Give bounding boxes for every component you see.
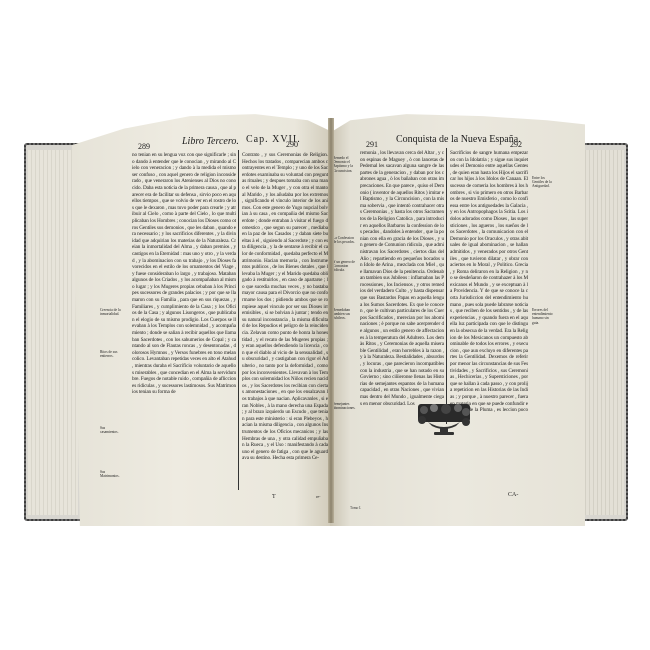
column-rule [238,150,239,490]
left-page-stack [28,150,78,515]
text-column-1: remonia , los llevavan cerca del Altar ,… [360,150,444,428]
running-head-book: Libro Tercero. [182,136,239,147]
margin-note: Sus casamientos. [100,426,124,434]
book-spine-gutter [328,118,334,523]
signature-footer: Tomo I. [350,506,361,510]
margin-note: Remedaban tambien sus Jubileos. [333,308,357,321]
running-head: Conquista de la Nueva España. [396,134,521,145]
margin-note: Ritos de sus entierros. [100,350,124,358]
text-column-2: Sacrificios de sangre humana empezaron c… [450,150,528,412]
signature-mark: T [272,494,276,500]
margin-note: Errores del entendimiento humano sin gui… [532,308,556,325]
right-page: 291 Conquista de la Nueva España. 292 re… [330,112,585,526]
page-number-left: 289 [138,142,150,151]
margin-note: La Confession de los pecados. [333,236,357,244]
page-number-right: 292 [510,140,522,149]
column-rule [446,148,447,424]
page-number-left: 291 [366,140,378,149]
fruit-basket-ornament-icon [416,402,472,440]
margin-note: Remedo el Demonio el Baptismo y la Circu… [333,156,357,173]
margin-note: Y un genero de Comunion ridicula. [333,260,357,273]
catchword: CA- [508,492,518,498]
left-page: 289 Libro Tercero. Cap. XVII. 290 no ten… [72,112,334,526]
margin-note: Sus Matrimonios. [100,470,124,478]
page-number-right-col: 290 [286,140,298,149]
margin-note: Creencia de la inmortalidad. [100,308,124,316]
text-column-2: Contrato , y sus Ceremonias de Religion.… [242,152,328,496]
text-column-1: no tenian en su lengua voz con que signi… [132,152,236,504]
margin-note: Semejantes abominaciones. [333,402,357,410]
margin-note: Entre los Gentiles de la Antiguedad. [532,176,556,189]
catchword: re- [316,494,320,499]
